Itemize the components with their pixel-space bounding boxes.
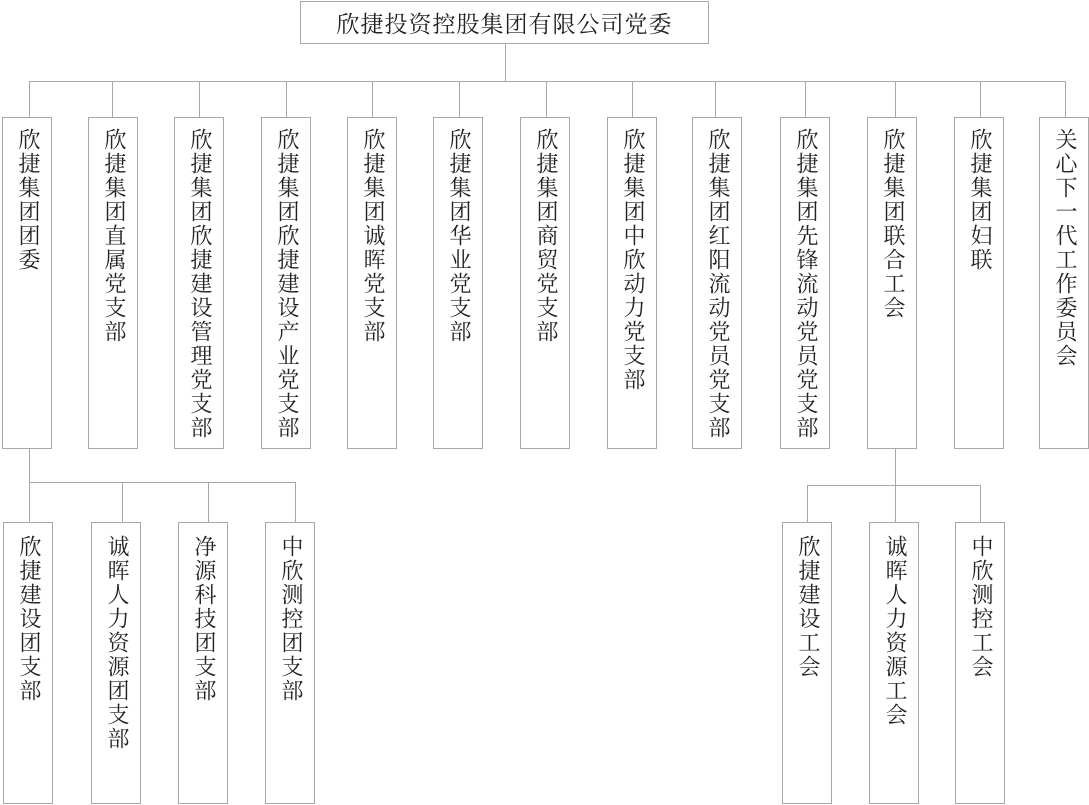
- union-drop-1: [807, 485, 808, 522]
- org-root-label: 欣捷投资控股集团有限公司党委: [337, 6, 673, 39]
- org-node-womens-federation: 欣捷集团妇联: [954, 117, 1004, 449]
- org-node-chenghui-hr-youth-branch: 诚晖人力资源团支部: [91, 522, 141, 804]
- org-node-zhongxin-power-branch: 欣捷集团中欣动力党支部: [607, 117, 657, 449]
- level1-drop-4: [286, 81, 287, 117]
- org-node-next-generation-committee: 关心下一代工作委员会: [1039, 117, 1089, 449]
- org-node-construction-mgmt-branch: 欣捷集团欣捷建设管理党支部: [174, 117, 224, 449]
- youth-league-connector: [29, 449, 30, 522]
- node-label: 欣捷集团联合工会: [880, 128, 904, 448]
- union-bus: [807, 485, 981, 486]
- org-node-trade-branch: 欣捷集团商贸党支部: [520, 117, 570, 449]
- level1-drop-7: [546, 81, 547, 117]
- level1-drop-3: [199, 81, 200, 117]
- node-label: 诚晖人力资源团支部: [104, 535, 128, 803]
- node-label: 欣捷集团欣捷建设产业党支部: [274, 128, 298, 448]
- node-label: 中欣测控团支部: [278, 535, 302, 803]
- union-drop-3: [980, 485, 981, 522]
- youth-league-bus: [29, 482, 296, 483]
- node-label: 欣捷集团华业党支部: [446, 128, 470, 448]
- node-label: 欣捷建设团支部: [16, 535, 40, 803]
- node-label: 欣捷集团诚晖党支部: [360, 128, 384, 448]
- level1-drop-9: [715, 81, 716, 117]
- node-label: 欣捷集团商贸党支部: [533, 128, 557, 448]
- node-label: 欣捷集团中欣动力党支部: [620, 128, 644, 448]
- org-node-youth-league: 欣捷集团团委: [2, 117, 52, 449]
- node-label: 诚晖人力资源工会: [882, 535, 906, 803]
- org-node-xianfeng-mobile-branch: 欣捷集团先锋流动党员党支部: [780, 117, 830, 449]
- level1-drop-12: [980, 81, 981, 117]
- level1-drop-13: [1065, 81, 1066, 117]
- org-node-zhongxin-measure-union: 中欣测控工会: [955, 522, 1005, 804]
- org-node-chenghui-hr-union: 诚晖人力资源工会: [869, 522, 919, 804]
- org-root-node: 欣捷投资控股集团有限公司党委: [300, 1, 709, 44]
- youth-drop-2: [122, 482, 123, 522]
- root-connector: [505, 44, 506, 82]
- level1-bus: [29, 81, 1066, 82]
- node-label: 欣捷集团直属党支部: [101, 128, 125, 448]
- level1-drop-10: [805, 81, 806, 117]
- node-label: 欣捷集团团委: [15, 128, 39, 448]
- youth-drop-3: [208, 482, 209, 522]
- level1-drop-2: [112, 81, 113, 117]
- node-label: 中欣测控工会: [968, 535, 992, 803]
- org-node-joint-union: 欣捷集团联合工会: [867, 117, 917, 449]
- org-node-construction-industry-branch: 欣捷集团欣捷建设产业党支部: [261, 117, 311, 449]
- node-label: 欣捷建设工会: [795, 535, 819, 803]
- level1-drop-11: [895, 81, 896, 117]
- org-node-hongyang-mobile-branch: 欣捷集团红阳流动党员党支部: [692, 117, 742, 449]
- youth-drop-4: [295, 482, 296, 522]
- node-label: 净源科技团支部: [191, 535, 215, 803]
- node-label: 欣捷集团妇联: [967, 128, 991, 448]
- org-node-chenghui-branch: 欣捷集团诚晖党支部: [347, 117, 397, 449]
- level1-drop-1: [29, 81, 30, 117]
- org-node-construction-union: 欣捷建设工会: [782, 522, 832, 804]
- node-label: 欣捷集团先锋流动党员党支部: [793, 128, 817, 448]
- org-node-zhongxin-measure-youth-branch: 中欣测控团支部: [265, 522, 315, 804]
- node-label: 关心下一代工作委员会: [1052, 128, 1076, 448]
- org-node-huaye-branch: 欣捷集团华业党支部: [433, 117, 483, 449]
- level1-drop-6: [459, 81, 460, 117]
- org-node-jingyuan-tech-youth-branch: 净源科技团支部: [178, 522, 228, 804]
- level1-drop-8: [632, 81, 633, 117]
- org-node-construction-youth-branch: 欣捷建设团支部: [3, 522, 53, 804]
- org-node-direct-party-branch: 欣捷集团直属党支部: [88, 117, 138, 449]
- node-label: 欣捷集团红阳流动党员党支部: [705, 128, 729, 448]
- level1-drop-5: [372, 81, 373, 117]
- node-label: 欣捷集团欣捷建设管理党支部: [187, 128, 211, 448]
